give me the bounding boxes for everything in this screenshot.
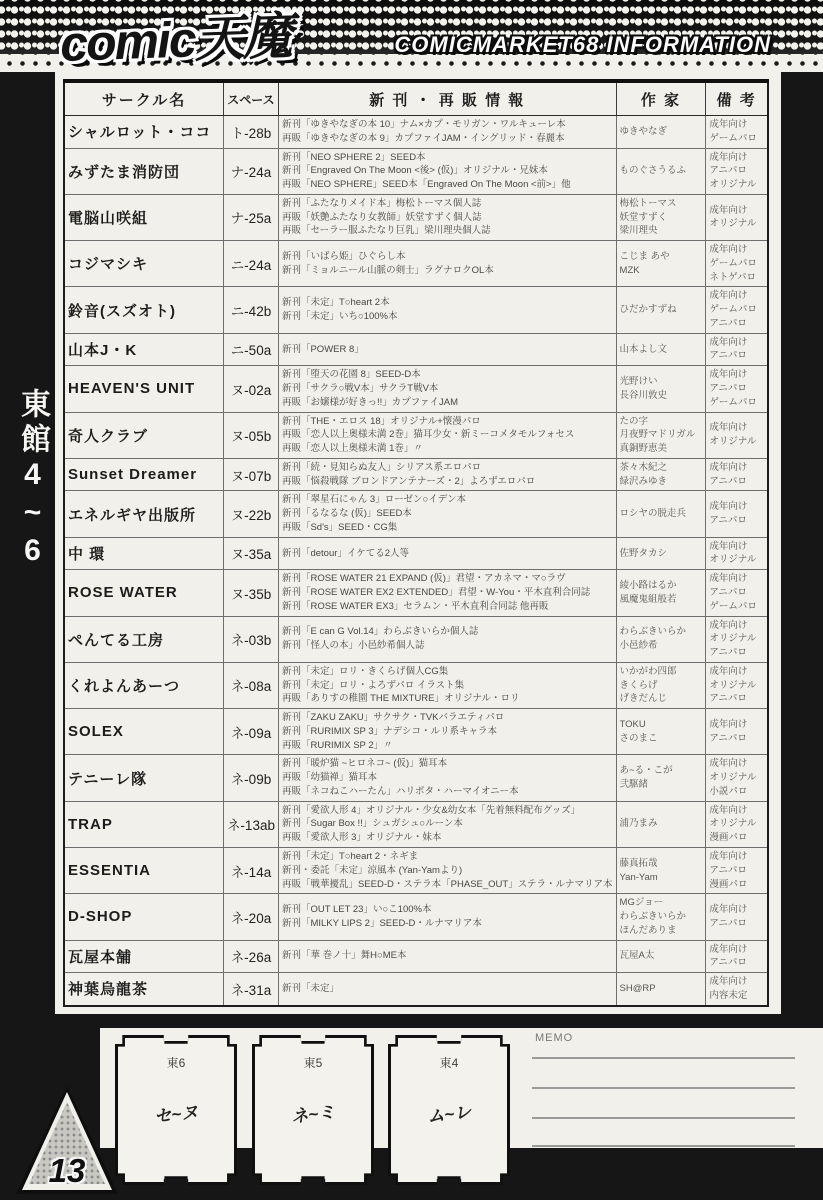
artist-name: 綾小路はるか bbox=[620, 579, 703, 593]
publication-info-cell: 新刊「E can G Vol.14」わらぶきいらか個人誌新刊「怪人の本」小邑紗希… bbox=[278, 616, 616, 662]
note-line: ゲームパロ bbox=[709, 257, 764, 271]
note-line: 成年向け bbox=[709, 421, 764, 435]
note-line: 成年向け bbox=[709, 757, 764, 771]
notes-cell: 成年向けゲームパロ bbox=[706, 116, 768, 149]
artist-name: 梁川理央 bbox=[620, 224, 703, 238]
circle-name: みずたま消防団 bbox=[64, 148, 223, 194]
space-code: ネ-26a bbox=[223, 940, 278, 973]
table-row: 瓦屋本舗 ネ-26a 新刊「華 巻ノ十」舞H○ME本 瓦屋A太 成年向けアニパロ bbox=[64, 940, 768, 973]
info-line: 新刊「Engraved On The Moon <後> (仮)」オリジナル・兄妹… bbox=[282, 164, 613, 178]
note-line: 内容未定 bbox=[709, 989, 764, 1003]
publication-info-cell: 新刊「detour」イケてる2人等 bbox=[278, 537, 616, 570]
circle-name: ESSENTIA bbox=[64, 847, 223, 893]
note-line: 成年向け bbox=[709, 718, 764, 732]
space-code: ネ-08a bbox=[223, 662, 278, 708]
note-line: 成年向け bbox=[709, 943, 764, 957]
artist-name: たの字 bbox=[620, 415, 703, 429]
table-row: 鈴音(スズオト) ニ-42b 新刊「未定」T○heart 2本新刊「未定」いち○… bbox=[64, 287, 768, 333]
publication-info-cell: 新刊「翠星石にゃん 3」ローゼン○イデン本新刊「るなるな (仮)」SEED本再販… bbox=[278, 491, 616, 537]
note-line: アニパロ bbox=[709, 164, 764, 178]
hall-name: 東6 bbox=[118, 1054, 234, 1071]
scan-page: comic天魔 COMICMARKET68 INFORMATION 東館4~6 … bbox=[0, 0, 823, 1200]
info-line: 再販「RURIMIX SP 2」〃 bbox=[282, 739, 613, 753]
table-header: サークル名 スペース 新 刊 ・ 再 販 情 報 作 家 備 考 bbox=[64, 81, 768, 116]
info-line: 新刊「愛欲人形 4」オリジナル・少女&幼女本「先着無料配布グッズ」 bbox=[282, 804, 613, 818]
circle-name: 電脳山咲組 bbox=[64, 194, 223, 240]
publication-info-cell: 新刊「ROSE WATER 21 EXPAND (仮)」君望・アカネマ・マ○ラヴ… bbox=[278, 570, 616, 616]
circle-name: 中 環 bbox=[64, 537, 223, 570]
space-code: ヌ-22b bbox=[223, 491, 278, 537]
note-line: 成年向け bbox=[709, 151, 764, 165]
info-line: 新刊「ROSE WATER EX3」セラムン・平木直利合同誌 他再販 bbox=[282, 600, 613, 614]
space-code: ナ-24a bbox=[223, 148, 278, 194]
notes-cell: 成年向けオリジナル小説パロ bbox=[706, 755, 768, 801]
space-code: ネ-20a bbox=[223, 894, 278, 940]
notes-cell: 成年向けゲームパロネトゲパロ bbox=[706, 241, 768, 287]
artist-name: ものぐさうるふ bbox=[620, 164, 703, 178]
info-line: 再販「愛欲人形 3」オリジナル・妹本 bbox=[282, 831, 613, 845]
note-line: アニパロ bbox=[709, 475, 764, 489]
note-line: オリジナル bbox=[709, 553, 764, 567]
info-line: 再販「戦華擾乱」SEED-D・ステラ本「PHASE_OUT」ステラ・ルナマリア本 bbox=[282, 878, 613, 892]
notes-cell: 成年向けアニパロ漫画パロ bbox=[706, 847, 768, 893]
note-line: ゲームパロ bbox=[709, 132, 764, 146]
listing-page: サークル名 スペース 新 刊 ・ 再 販 情 報 作 家 備 考 シャルロット・… bbox=[55, 70, 781, 1014]
hall-block-range: ネ~ミ bbox=[254, 1093, 372, 1132]
publication-info-cell: 新刊「愛欲人形 4」オリジナル・少女&幼女本「先着無料配布グッズ」新刊「Suga… bbox=[278, 801, 616, 847]
note-line: 成年向け bbox=[709, 540, 764, 554]
artist-cell: 綾小路はるか風魔鬼組般若 bbox=[616, 570, 706, 616]
circle-name: ぺんてる工房 bbox=[64, 616, 223, 662]
artist-name: 緑沢みゆき bbox=[620, 475, 703, 489]
memo-line bbox=[532, 1145, 795, 1147]
artist-name: 佐野タカシ bbox=[620, 547, 703, 561]
note-line: ゲームパロ bbox=[709, 600, 764, 614]
artist-name: MGジョー bbox=[620, 896, 703, 910]
hall-map-box-east6: 東6 セ~ヌ bbox=[115, 1035, 237, 1185]
note-line: 成年向け bbox=[709, 665, 764, 679]
artist-cell: ゆきやなぎ bbox=[616, 116, 706, 149]
table-row: 中 環 ヌ-35a 新刊「detour」イケてる2人等 佐野タカシ 成年向けオリ… bbox=[64, 537, 768, 570]
info-line: 新刊「RURIMIX SP 3」ナデシコ・ルリ系キャラ本 bbox=[282, 725, 613, 739]
publication-info-cell: 新刊「堕天の花園 8」SEED-D本新刊「サクラ○戦V本」サクラT戦V本再販「お… bbox=[278, 366, 616, 412]
page-number: 13 bbox=[16, 1152, 118, 1190]
note-line: アニパロ bbox=[709, 956, 764, 970]
table-row: みずたま消防団 ナ-24a 新刊「NEO SPHERE 2」SEED本新刊「En… bbox=[64, 148, 768, 194]
notes-cell: 成年向け内容未定 bbox=[706, 973, 768, 1006]
artist-cell: いかがわ四郎きくらげげきだんじ bbox=[616, 662, 706, 708]
info-line: 新刊「未定」 bbox=[282, 982, 613, 996]
info-line: 再販「妖艶ふたなり女教師」妖堂すずく個人誌 bbox=[282, 211, 613, 225]
artist-cell: わらぶきいらか小邑紗希 bbox=[616, 616, 706, 662]
note-line: 成年向け bbox=[709, 368, 764, 382]
notes-cell: 成年向けアニパロ bbox=[706, 491, 768, 537]
circle-name: ROSE WATER bbox=[64, 570, 223, 616]
info-line: 再販「恋人以上奥様未満 1巻」〃 bbox=[282, 442, 613, 456]
publication-info-cell: 新刊「ZAKU ZAKU」サクサク・TVKバラエティパロ新刊「RURIMIX S… bbox=[278, 709, 616, 755]
space-code: ネ-03b bbox=[223, 616, 278, 662]
artist-name: TOKU bbox=[620, 718, 703, 732]
circle-name: 瓦屋本舗 bbox=[64, 940, 223, 973]
artist-cell: 浦乃まみ bbox=[616, 801, 706, 847]
artist-name: 風魔鬼組般若 bbox=[620, 593, 703, 607]
artist-name: わらぶきいらか bbox=[620, 910, 703, 924]
note-line: アニパロ bbox=[709, 732, 764, 746]
space-code: ネ-14a bbox=[223, 847, 278, 893]
artist-cell: TOKUさのまこ bbox=[616, 709, 706, 755]
artist-name: Yan-Yam bbox=[620, 871, 703, 885]
space-code: ヌ-07b bbox=[223, 458, 278, 491]
note-line: ゲームパロ bbox=[709, 303, 764, 317]
publication-info-cell: 新刊「いばら姫」ひぐらし本新刊「ミョルニール山脈の剣士」ラグナロクOL本 bbox=[278, 241, 616, 287]
circle-name: くれよんあーつ bbox=[64, 662, 223, 708]
artist-name: 真銅野恵美 bbox=[620, 442, 703, 456]
table-row: HEAVEN'S UNIT ヌ-02a 新刊「堕天の花園 8」SEED-D本新刊… bbox=[64, 366, 768, 412]
note-line: 成年向け bbox=[709, 204, 764, 218]
space-code: ヌ-05b bbox=[223, 412, 278, 458]
publication-info-cell: 新刊「未定」 bbox=[278, 973, 616, 1006]
note-line: 成年向け bbox=[709, 461, 764, 475]
circle-name: コジマシキ bbox=[64, 241, 223, 287]
note-line: アニパロ bbox=[709, 586, 764, 600]
artist-name: ゆきやなぎ bbox=[620, 125, 703, 139]
note-line: 漫画パロ bbox=[709, 831, 764, 845]
artist-name: いかがわ四郎 bbox=[620, 665, 703, 679]
info-line: 新刊「THE・エロス 18」オリジナル+懐漫パロ bbox=[282, 415, 613, 429]
space-code: ヌ-35a bbox=[223, 537, 278, 570]
artist-name: 長谷川敦史 bbox=[620, 389, 703, 403]
space-code: ト-28b bbox=[223, 116, 278, 149]
note-line: アニパロ bbox=[709, 917, 764, 931]
info-line: 新刊「ゆきやなぎの本 10」ナム×カプ・モリガン・ワルキューレ本 bbox=[282, 118, 613, 132]
publication-info-cell: 新刊「ゆきやなぎの本 10」ナム×カプ・モリガン・ワルキューレ本再販「ゆきやなぎ… bbox=[278, 116, 616, 149]
table-row: 山本J・K ニ-50a 新刊「POWER 8」 山本よし文 成年向けアニパロ bbox=[64, 333, 768, 366]
artist-cell: 藤真拓哉Yan-Yam bbox=[616, 847, 706, 893]
note-line: 成年向け bbox=[709, 289, 764, 303]
notes-cell: 成年向けオリジナル bbox=[706, 412, 768, 458]
artist-name: さのまこ bbox=[620, 732, 703, 746]
artist-name: 藤真拓哉 bbox=[620, 857, 703, 871]
artist-cell: ひだかすずね bbox=[616, 287, 706, 333]
space-code: ネ-13ab bbox=[223, 801, 278, 847]
artist-name: 妖堂すずく bbox=[620, 211, 703, 225]
notes-cell: 成年向けオリジナルアニパロ bbox=[706, 662, 768, 708]
note-line: オリジナル bbox=[709, 679, 764, 693]
hall-name: 東5 bbox=[255, 1054, 371, 1071]
info-line: 再販「Sd's」SEED・CG集 bbox=[282, 521, 613, 535]
publication-info-cell: 新刊「華 巻ノ十」舞H○ME本 bbox=[278, 940, 616, 973]
circle-name: エネルギヤ出版所 bbox=[64, 491, 223, 537]
artist-name: 小邑紗希 bbox=[620, 639, 703, 653]
info-line: 再販「幼猫禅」猫耳本 bbox=[282, 771, 613, 785]
artist-cell: SH@RP bbox=[616, 973, 706, 1006]
circle-name: D-SHOP bbox=[64, 894, 223, 940]
space-code: ヌ-35b bbox=[223, 570, 278, 616]
note-line: アニパロ bbox=[709, 692, 764, 706]
table-row: シャルロット・ココ ト-28b 新刊「ゆきやなぎの本 10」ナム×カプ・モリガン… bbox=[64, 116, 768, 149]
notes-cell: 成年向けアニパロ bbox=[706, 894, 768, 940]
note-line: オリジナル bbox=[709, 771, 764, 785]
circle-table: サークル名 スペース 新 刊 ・ 再 販 情 報 作 家 備 考 シャルロット・… bbox=[63, 79, 769, 1007]
memo-line bbox=[532, 1117, 795, 1119]
artist-cell: MGジョーわらぶきいらかほんだありま bbox=[616, 894, 706, 940]
note-line: アニパロ bbox=[709, 382, 764, 396]
circle-name: シャルロット・ココ bbox=[64, 116, 223, 149]
col-header-space: スペース bbox=[223, 81, 278, 116]
publication-info-cell: 新刊「THE・エロス 18」オリジナル+懐漫パロ再販「恋人以上奥様未満 2巻」猫… bbox=[278, 412, 616, 458]
hall-block-range: ム~レ bbox=[390, 1093, 508, 1132]
info-line: 新刊「ミョルニール山脈の剣士」ラグナロクOL本 bbox=[282, 264, 613, 278]
info-line: 新刊「翠星石にゃん 3」ローゼン○イデン本 bbox=[282, 493, 613, 507]
info-line: 再販「ネコねこハーたん」ハリポタ・ハーマイオニー本 bbox=[282, 785, 613, 799]
circle-name: テニーレ隊 bbox=[64, 755, 223, 801]
artist-name: ほんだありま bbox=[620, 924, 703, 938]
notes-cell: 成年向けオリジナル漫画パロ bbox=[706, 801, 768, 847]
notes-cell: 成年向けアニパロゲームパロ bbox=[706, 570, 768, 616]
info-line: 新刊「ふたなりメイド本」梅松トーマス個人誌 bbox=[282, 197, 613, 211]
notes-cell: 成年向けアニパロ bbox=[706, 940, 768, 973]
table-row: ESSENTIA ネ-14a 新刊「未定」T○heart 2・ネギま新刊・委託「… bbox=[64, 847, 768, 893]
circle-name: 神葉烏龍茶 bbox=[64, 973, 223, 1006]
note-line: アニパロ bbox=[709, 349, 764, 363]
note-line: アニパロ bbox=[709, 514, 764, 528]
event-title: COMICMARKET68 INFORMATION bbox=[394, 32, 771, 58]
info-line: 新刊「るなるな (仮)」SEED本 bbox=[282, 507, 613, 521]
notes-cell: 成年向けオリジナル bbox=[706, 537, 768, 570]
hall-map-inner: 東6 セ~ヌ bbox=[118, 1038, 234, 1182]
note-line: アニパロ bbox=[709, 646, 764, 660]
artist-cell: 茶々木紀之緑沢みゆき bbox=[616, 458, 706, 491]
artist-name: ひだかすずね bbox=[620, 303, 703, 317]
space-code: ナ-25a bbox=[223, 194, 278, 240]
col-header-notes: 備 考 bbox=[706, 81, 768, 116]
table-row: ぺんてる工房 ネ-03b 新刊「E can G Vol.14」わらぶきいらか個人… bbox=[64, 616, 768, 662]
note-line: オリジナル bbox=[709, 817, 764, 831]
space-code: ネ-09a bbox=[223, 709, 278, 755]
info-line: 新刊・委託「未定」涼風本 (Yan-Yamより) bbox=[282, 864, 613, 878]
publication-info-cell: 新刊「未定」ロリ・きくらげ個人CG集新刊「未定」ロリ・よろずパロ イラスト集再販… bbox=[278, 662, 616, 708]
note-line: オリジナル bbox=[709, 178, 764, 192]
table-row: 電脳山咲組 ナ-25a 新刊「ふたなりメイド本」梅松トーマス個人誌再販「妖艶ふた… bbox=[64, 194, 768, 240]
table-header-row: サークル名 スペース 新 刊 ・ 再 販 情 報 作 家 備 考 bbox=[64, 81, 768, 116]
note-line: アニパロ bbox=[709, 317, 764, 331]
hall-map-box-east5: 東5 ネ~ミ bbox=[252, 1035, 374, 1185]
info-line: 新刊「E can G Vol.14」わらぶきいらか個人誌 bbox=[282, 625, 613, 639]
info-line: 新刊「未定」T○heart 2本 bbox=[282, 296, 613, 310]
artist-cell: 山本よし文 bbox=[616, 333, 706, 366]
info-line: 新刊「Sugar Box !!」シュガシュ○ルーン本 bbox=[282, 817, 613, 831]
table-row: TRAP ネ-13ab 新刊「愛欲人形 4」オリジナル・少女&幼女本「先着無料配… bbox=[64, 801, 768, 847]
circle-name: 鈴音(スズオト) bbox=[64, 287, 223, 333]
table-row: D-SHOP ネ-20a 新刊「OUT LET 23」い○こ100%本新刊「MI… bbox=[64, 894, 768, 940]
memo-line bbox=[532, 1057, 795, 1059]
space-code: ニ-24a bbox=[223, 241, 278, 287]
info-line: 新刊「ZAKU ZAKU」サクサク・TVKバラエティパロ bbox=[282, 711, 613, 725]
publication-info-cell: 新刊「未定」T○heart 2・ネギま新刊・委託「未定」涼風本 (Yan-Yam… bbox=[278, 847, 616, 893]
info-line: 新刊「怪人の本」小邑紗希個人誌 bbox=[282, 639, 613, 653]
note-line: オリジナル bbox=[709, 217, 764, 231]
artist-name: 光野けい bbox=[620, 375, 703, 389]
table-row: エネルギヤ出版所 ヌ-22b 新刊「翠星石にゃん 3」ローゼン○イデン本新刊「る… bbox=[64, 491, 768, 537]
circle-name: SOLEX bbox=[64, 709, 223, 755]
note-line: アニパロ bbox=[709, 864, 764, 878]
publication-info-cell: 新刊「続・見知らぬ友人」シリアス系エロパロ再販「悩殺戦隊 ブロンドアンテナーズ・… bbox=[278, 458, 616, 491]
artist-name: MZK bbox=[620, 264, 703, 278]
info-line: 新刊「ROSE WATER 21 EXPAND (仮)」君望・アカネマ・マ○ラヴ bbox=[282, 572, 613, 586]
notes-cell: 成年向けゲームパロアニパロ bbox=[706, 287, 768, 333]
space-code: ニ-50a bbox=[223, 333, 278, 366]
note-line: 成年向け bbox=[709, 336, 764, 350]
header-band: comic天魔 COMICMARKET68 INFORMATION bbox=[0, 0, 823, 72]
info-line: 新刊「ROSE WATER EX2 EXTENDED」君望・W-You・平木直利… bbox=[282, 586, 613, 600]
artist-name: 浦乃まみ bbox=[620, 817, 703, 831]
table-body: シャルロット・ココ ト-28b 新刊「ゆきやなぎの本 10」ナム×カプ・モリガン… bbox=[64, 116, 768, 1006]
table-row: 奇人クラブ ヌ-05b 新刊「THE・エロス 18」オリジナル+懐漫パロ再販「恋… bbox=[64, 412, 768, 458]
note-line: ネトゲパロ bbox=[709, 271, 764, 285]
note-line: 漫画パロ bbox=[709, 878, 764, 892]
notes-cell: 成年向けアニパロゲームパロ bbox=[706, 366, 768, 412]
publication-info-cell: 新刊「NEO SPHERE 2」SEED本新刊「Engraved On The … bbox=[278, 148, 616, 194]
publication-info-cell: 新刊「ふたなりメイド本」梅松トーマス個人誌再販「妖艶ふたなり女教師」妖堂すずく個… bbox=[278, 194, 616, 240]
artist-cell: 光野けい長谷川敦史 bbox=[616, 366, 706, 412]
publication-info-cell: 新刊「暖炉猫 ~ヒロネコ~ (仮)」猫耳本再販「幼猫禅」猫耳本再販「ネコねこハー… bbox=[278, 755, 616, 801]
artist-name: 瓦屋A太 bbox=[620, 949, 703, 963]
info-line: 新刊「NEO SPHERE 2」SEED本 bbox=[282, 151, 613, 165]
note-line: 小説パロ bbox=[709, 785, 764, 799]
notes-cell: 成年向けアニパロオリジナル bbox=[706, 148, 768, 194]
hall-map-box-east4: 東4 ム~レ bbox=[388, 1035, 510, 1185]
table-row: テニーレ隊 ネ-09b 新刊「暖炉猫 ~ヒロネコ~ (仮)」猫耳本再販「幼猫禅」… bbox=[64, 755, 768, 801]
memo-label: MEMO bbox=[535, 1032, 573, 1044]
hall-map-inner: 東4 ム~レ bbox=[391, 1038, 507, 1182]
note-line: 成年向け bbox=[709, 243, 764, 257]
info-line: 再販「セーラー服ふたなり巨乳」梁川理央個人誌 bbox=[282, 224, 613, 238]
artist-cell: たの字月夜野マドリガル真銅野恵美 bbox=[616, 412, 706, 458]
col-header-circle: サークル名 bbox=[64, 81, 223, 116]
table-row: SOLEX ネ-09a 新刊「ZAKU ZAKU」サクサク・TVKバラエティパロ… bbox=[64, 709, 768, 755]
artist-name: SH@RP bbox=[620, 982, 703, 996]
artist-name: げきだんじ bbox=[620, 692, 703, 706]
memo-line bbox=[532, 1087, 795, 1089]
artist-name: 梅松トーマス bbox=[620, 197, 703, 211]
hall-map-inner: 東5 ネ~ミ bbox=[255, 1038, 371, 1182]
note-line: オリジナル bbox=[709, 435, 764, 449]
info-line: 再販「ゆきやなぎの本 9」カプファイJAM・イングリッド・春麗本 bbox=[282, 132, 613, 146]
artist-name: 月夜野マドリガル bbox=[620, 428, 703, 442]
note-line: 成年向け bbox=[709, 903, 764, 917]
info-line: 新刊「堕天の花園 8」SEED-D本 bbox=[282, 368, 613, 382]
note-line: 成年向け bbox=[709, 572, 764, 586]
info-line: 新刊「detour」イケてる2人等 bbox=[282, 547, 613, 561]
circle-name: 山本J・K bbox=[64, 333, 223, 366]
note-line: 成年向け bbox=[709, 850, 764, 864]
note-line: ゲームパロ bbox=[709, 396, 764, 410]
info-line: 新刊「未定」ロリ・よろずパロ イラスト集 bbox=[282, 679, 613, 693]
artist-cell: 梅松トーマス妖堂すずく梁川理央 bbox=[616, 194, 706, 240]
table-row: ROSE WATER ヌ-35b 新刊「ROSE WATER 21 EXPAND… bbox=[64, 570, 768, 616]
info-line: 新刊「POWER 8」 bbox=[282, 343, 613, 357]
info-line: 新刊「いばら姫」ひぐらし本 bbox=[282, 250, 613, 264]
publication-info-cell: 新刊「未定」T○heart 2本新刊「未定」いち○100%本 bbox=[278, 287, 616, 333]
note-line: 成年向け bbox=[709, 118, 764, 132]
info-line: 新刊「未定」いち○100%本 bbox=[282, 310, 613, 324]
space-code: ヌ-02a bbox=[223, 366, 278, 412]
note-line: オリジナル bbox=[709, 632, 764, 646]
artist-name: 山本よし文 bbox=[620, 343, 703, 357]
info-line: 新刊「OUT LET 23」い○こ100%本 bbox=[282, 903, 613, 917]
space-code: ネ-31a bbox=[223, 973, 278, 1006]
artist-cell: 佐野タカシ bbox=[616, 537, 706, 570]
info-line: 新刊「未定」T○heart 2・ネギま bbox=[282, 850, 613, 864]
info-line: 再販「NEO SPHERE」SEED本「Engraved On The Moon… bbox=[282, 178, 613, 192]
artist-cell: ロシヤの脱走兵 bbox=[616, 491, 706, 537]
table-row: 神葉烏龍茶 ネ-31a 新刊「未定」 SH@RP 成年向け内容未定 bbox=[64, 973, 768, 1006]
hall-block-range: セ~ヌ bbox=[117, 1093, 235, 1132]
note-line: 成年向け bbox=[709, 619, 764, 633]
notes-cell: 成年向けアニパロ bbox=[706, 333, 768, 366]
artist-cell: ものぐさうるふ bbox=[616, 148, 706, 194]
notes-cell: 成年向けオリジナル bbox=[706, 194, 768, 240]
info-line: 再販「お嬢様が好きっ!!」カプファイJAM bbox=[282, 396, 613, 410]
table-row: くれよんあーつ ネ-08a 新刊「未定」ロリ・きくらげ個人CG集新刊「未定」ロリ… bbox=[64, 662, 768, 708]
table-row: Sunset Dreamer ヌ-07b 新刊「続・見知らぬ友人」シリアス系エロ… bbox=[64, 458, 768, 491]
artist-cell: あ~る・こが弐駆緒 bbox=[616, 755, 706, 801]
info-line: 新刊「暖炉猫 ~ヒロネコ~ (仮)」猫耳本 bbox=[282, 757, 613, 771]
magazine-logo: comic天魔 bbox=[59, 0, 292, 76]
hall-name: 東4 bbox=[391, 1054, 507, 1071]
info-line: 再販「恋人以上奥様未満 2巻」猫耳少女・新ミーコメタモルフォセス bbox=[282, 428, 613, 442]
artist-name: きくらげ bbox=[620, 679, 703, 693]
artist-name: わらぶきいらか bbox=[620, 625, 703, 639]
note-line: 成年向け bbox=[709, 975, 764, 989]
info-line: 再販「ありすの稚園 THE MIXTURE」オリジナル・ロリ bbox=[282, 692, 613, 706]
artist-cell: 瓦屋A太 bbox=[616, 940, 706, 973]
artist-name: こじま あや bbox=[620, 250, 703, 264]
info-line: 新刊「続・見知らぬ友人」シリアス系エロパロ bbox=[282, 461, 613, 475]
artist-name: あ~る・こが bbox=[620, 764, 703, 778]
col-header-info: 新 刊 ・ 再 販 情 報 bbox=[278, 81, 616, 116]
info-line: 新刊「華 巻ノ十」舞H○ME本 bbox=[282, 949, 613, 963]
table-row: コジマシキ ニ-24a 新刊「いばら姫」ひぐらし本新刊「ミョルニール山脈の剣士」… bbox=[64, 241, 768, 287]
notes-cell: 成年向けアニパロ bbox=[706, 709, 768, 755]
info-line: 新刊「MILKY LIPS 2」SEED-D・ルナマリア本 bbox=[282, 917, 613, 931]
circle-name: 奇人クラブ bbox=[64, 412, 223, 458]
artist-cell: こじま あやMZK bbox=[616, 241, 706, 287]
info-line: 新刊「サクラ○戦V本」サクラT戦V本 bbox=[282, 382, 613, 396]
info-line: 新刊「未定」ロリ・きくらげ個人CG集 bbox=[282, 665, 613, 679]
artist-name: 茶々木紀之 bbox=[620, 461, 703, 475]
hall-range-sidebar-label: 東館4~6 bbox=[6, 388, 54, 572]
space-code: ネ-09b bbox=[223, 755, 278, 801]
notes-cell: 成年向けアニパロ bbox=[706, 458, 768, 491]
col-header-artist: 作 家 bbox=[616, 81, 706, 116]
notes-cell: 成年向けオリジナルアニパロ bbox=[706, 616, 768, 662]
artist-name: ロシヤの脱走兵 bbox=[620, 507, 703, 521]
space-code: ニ-42b bbox=[223, 287, 278, 333]
circle-name: TRAP bbox=[64, 801, 223, 847]
publication-info-cell: 新刊「OUT LET 23」い○こ100%本新刊「MILKY LIPS 2」SE… bbox=[278, 894, 616, 940]
circle-name: Sunset Dreamer bbox=[64, 458, 223, 491]
publication-info-cell: 新刊「POWER 8」 bbox=[278, 333, 616, 366]
note-line: 成年向け bbox=[709, 804, 764, 818]
circle-name: HEAVEN'S UNIT bbox=[64, 366, 223, 412]
note-line: 成年向け bbox=[709, 500, 764, 514]
info-line: 再販「悩殺戦隊 ブロンドアンテナーズ・2」よろずエロパロ bbox=[282, 475, 613, 489]
artist-name: 弐駆緒 bbox=[620, 778, 703, 792]
